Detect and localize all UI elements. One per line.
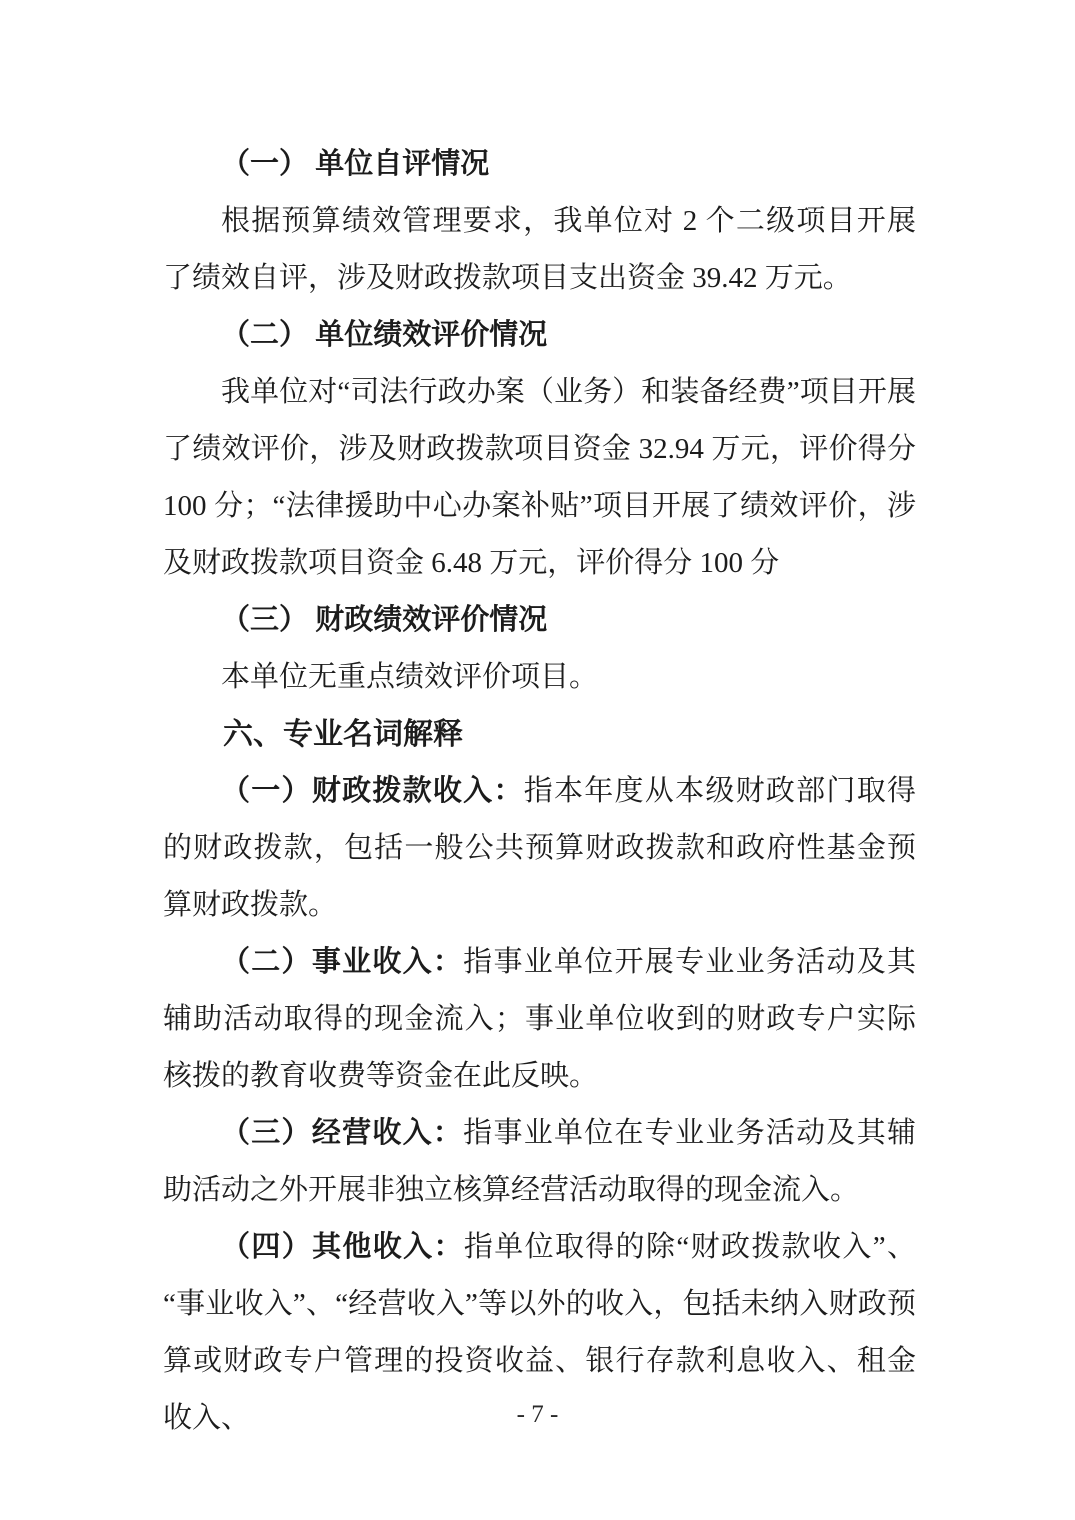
term-lead: （四）其他收入：: [221, 1231, 464, 1263]
chapter-heading: 六、专业名词解释: [163, 706, 916, 763]
document-page: （一） 单位自评情况根据预算绩效管理要求，我单位对 2 个二级项目开展了绩效自评…: [0, 0, 1075, 1520]
document-body: （一） 单位自评情况根据预算绩效管理要求，我单位对 2 个二级项目开展了绩效自评…: [163, 136, 916, 1447]
page-number: - 7 -: [0, 1400, 1075, 1430]
term-paragraph: （三）经营收入：指事业单位在专业业务活动及其辅助活动之外开展非独立核算经营活动取…: [163, 1105, 916, 1219]
section-heading: （三） 财政绩效评价情况: [163, 592, 916, 649]
term-lead: （一）财政拨款收入：: [221, 775, 524, 807]
body-paragraph: 我单位对“司法行政办案（业务）和装备经费”项目开展了绩效评价，涉及财政拨款项目资…: [163, 364, 916, 592]
section-heading: （一） 单位自评情况: [163, 136, 916, 193]
body-paragraph: 根据预算绩效管理要求，我单位对 2 个二级项目开展了绩效自评，涉及财政拨款项目支…: [163, 193, 916, 307]
body-paragraph: 本单位无重点绩效评价项目。: [163, 649, 916, 706]
term-paragraph: （一）财政拨款收入：指本年度从本级财政部门取得的财政拨款，包括一般公共预算财政拨…: [163, 763, 916, 934]
term-lead: （三）经营收入：: [221, 1117, 463, 1149]
term-paragraph: （二）事业收入：指事业单位开展专业业务活动及其辅助活动取得的现金流入；事业单位收…: [163, 934, 916, 1105]
term-lead: （二）事业收入：: [221, 946, 463, 978]
section-heading: （二） 单位绩效评价情况: [163, 307, 916, 364]
